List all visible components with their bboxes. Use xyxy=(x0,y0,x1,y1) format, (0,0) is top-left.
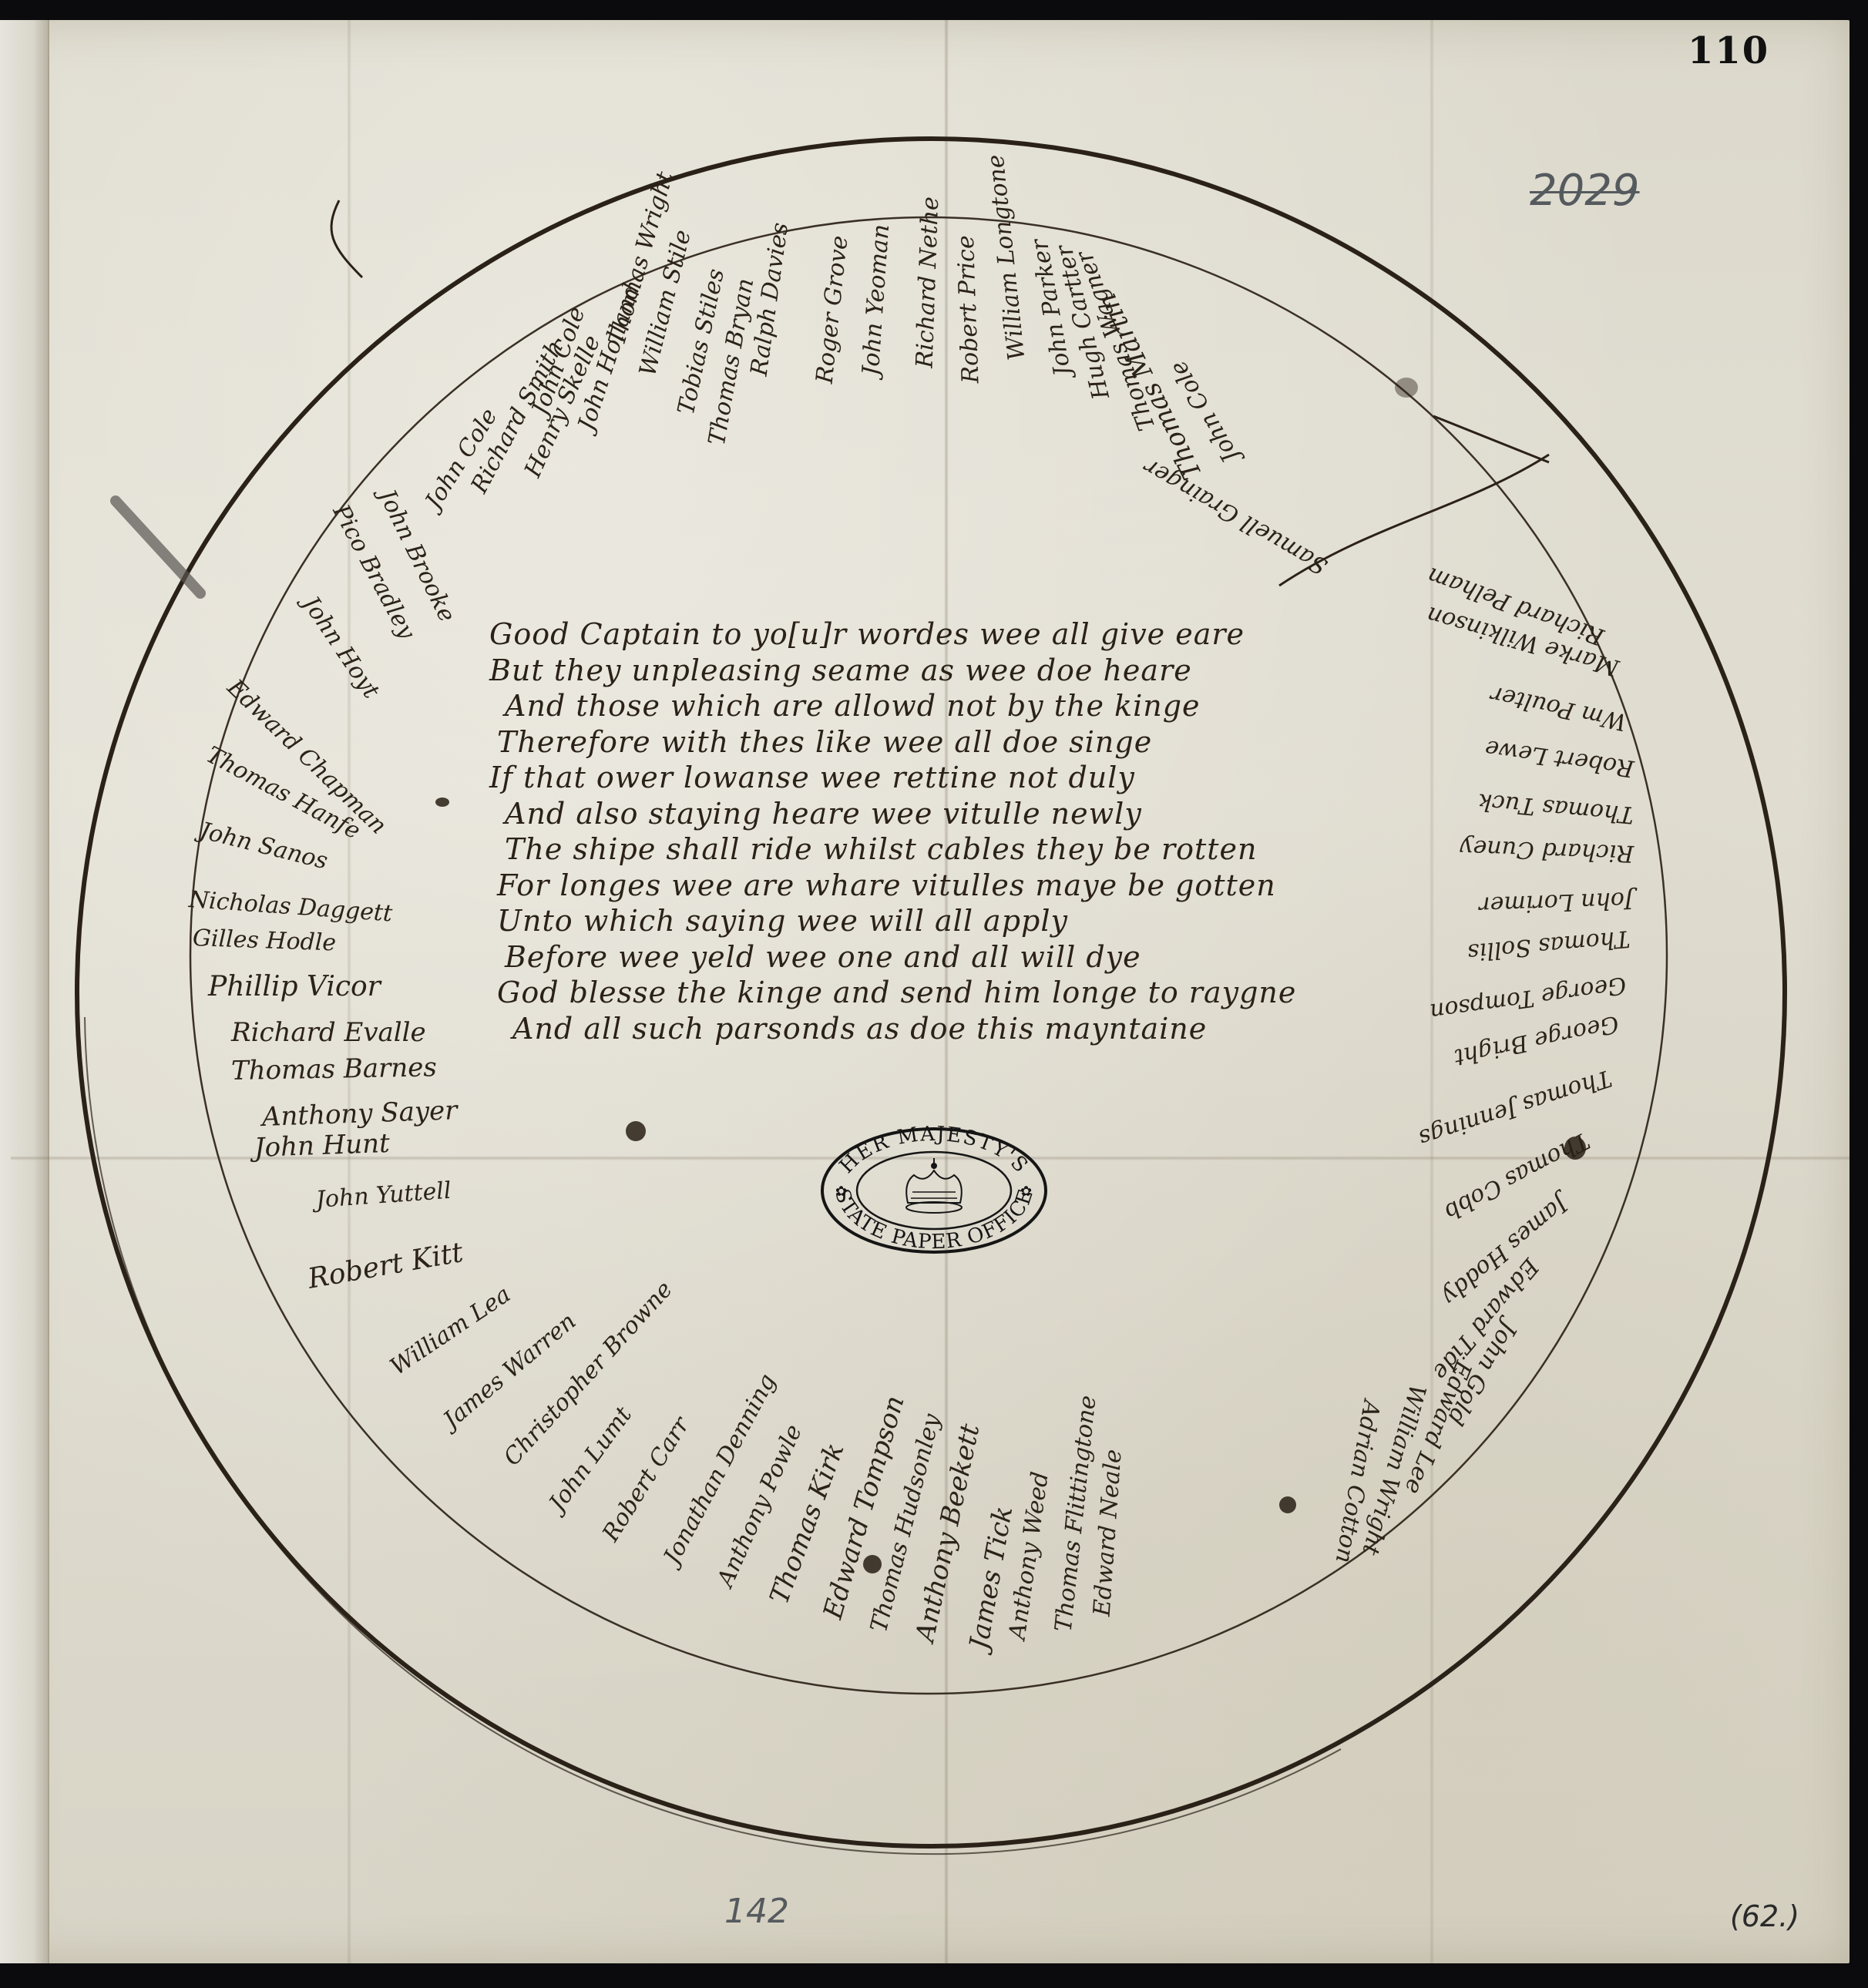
petition-verse: Good Captain to yo[u]r wordes wee all gi… xyxy=(482,616,1406,1046)
stamp-bottom-text: STATE PAPER OFFICE xyxy=(830,1186,1038,1254)
verse-line: Good Captain to yo[u]r wordes wee all gi… xyxy=(489,616,1406,653)
verse-line: And all such parsonds as doe this maynta… xyxy=(512,1011,1406,1047)
state-paper-office-stamp: HER MAJESTY'S STATE PAPER OFFICE ✿ ✿ xyxy=(818,1125,1050,1256)
verse-line: Before wee yeld wee one and all will dye xyxy=(505,939,1406,976)
signature: Richard Evalle xyxy=(231,1017,426,1048)
verse-line: But they unpleasing seame as wee doe hea… xyxy=(489,653,1406,689)
ink-blot xyxy=(626,1121,646,1141)
verse-line: For longes wee are whare vitulles maye b… xyxy=(497,868,1406,904)
signature: John Lorimer xyxy=(1479,886,1635,918)
verse-line: If that ower lowanse wee rettine not dul… xyxy=(489,760,1406,796)
verse-line: And also staying heare wee vitulle newly xyxy=(505,796,1406,832)
signature: Gilles Hodle xyxy=(192,925,336,956)
svg-text:✿: ✿ xyxy=(835,1184,847,1200)
verse-line: Unto which saying wee will all apply xyxy=(497,903,1406,939)
verse-line: God blesse the kinge and send him longe … xyxy=(497,975,1406,1011)
ink-blot xyxy=(1395,378,1418,398)
bottom-pencil-number: 142 xyxy=(724,1892,789,1931)
signature: Robert Price xyxy=(952,235,985,384)
verse-line: Therefore with thes like wee all doe sin… xyxy=(497,724,1406,761)
svg-text:STATE PAPER OFFICE: STATE PAPER OFFICE xyxy=(830,1186,1038,1254)
svg-text:✿: ✿ xyxy=(1020,1184,1032,1200)
struck-pencil-reference: 2029 xyxy=(1530,166,1640,216)
bottom-right-number: (62.) xyxy=(1730,1899,1799,1933)
verse-line: And those which are allowd not by the ki… xyxy=(505,688,1406,724)
ink-blot xyxy=(1279,1496,1296,1513)
crown-icon xyxy=(906,1158,962,1213)
signature: Phillip Vicor xyxy=(208,971,381,1002)
ink-blot xyxy=(1564,1137,1586,1160)
signature: Thomas Barnes xyxy=(231,1052,437,1086)
ink-blot xyxy=(435,798,449,807)
folio-number: 110 xyxy=(1688,29,1769,72)
verse-line: The shipe shall ride whilst cables they … xyxy=(505,831,1406,868)
ink-blot xyxy=(863,1555,882,1573)
signature: John Hunt xyxy=(254,1128,390,1164)
